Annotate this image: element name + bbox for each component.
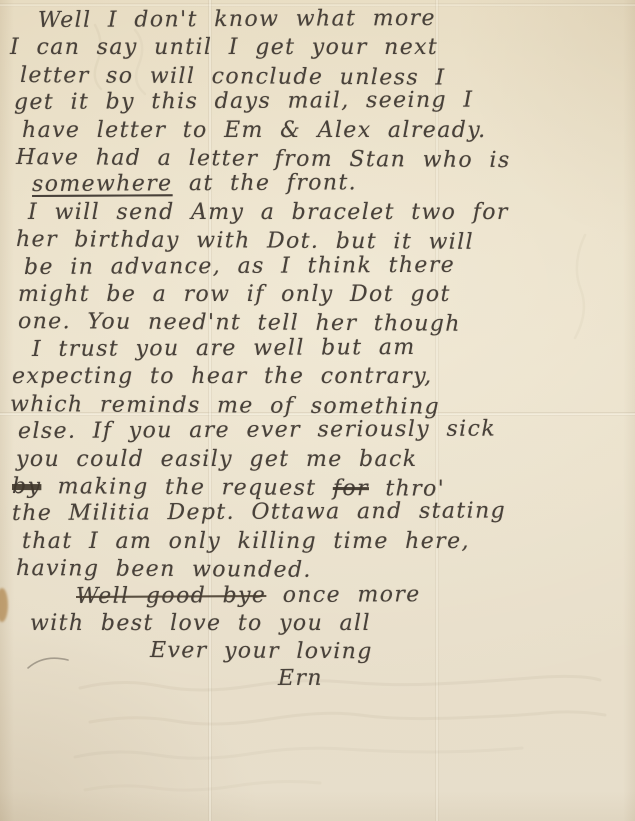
letter-page: Well I don't know what moreI can say unt…	[0, 0, 635, 821]
letter-text: get it by this days mail, seeing I	[14, 88, 474, 115]
letter-line: Well good bye once more	[76, 580, 629, 610]
letter-text: one. You need'nt tell her though	[18, 309, 461, 337]
letter-text-underline: somewhere	[32, 172, 173, 198]
letter-line: have letter to Em & Alex already.	[22, 117, 629, 144]
letter-text: having been wounded.	[16, 556, 312, 583]
letter-text: might be a row if only Dot got	[18, 282, 451, 307]
ghost-line	[85, 782, 320, 791]
letter-line: I will send Amy a bracelet two for	[28, 199, 629, 226]
letter-text: I trust you are well but am	[32, 335, 416, 362]
letter-text: be in advance, as I think there	[24, 252, 455, 279]
letter-text: at the front.	[173, 171, 358, 197]
letter-text: with best love to you all	[30, 611, 371, 636]
letter-text: once more	[266, 582, 421, 608]
letter-text: else. If you are ever seriously sick	[18, 417, 496, 445]
letter-text: expecting to hear the contrary,	[12, 364, 433, 389]
letter-text: Well I don't know what more	[38, 6, 436, 33]
letter-text: I can say until I get your next	[10, 35, 438, 60]
letter-line: might be a row if only Dot got	[18, 281, 629, 308]
letter-text-scribble: by	[12, 474, 41, 499]
letter-body: Well I don't know what moreI can say unt…	[10, 7, 629, 692]
letter-text: I will send Amy a bracelet two for	[28, 200, 509, 225]
letter-line: you could easily get me back	[16, 446, 629, 473]
letter-text: have letter to Em & Alex already.	[22, 118, 487, 143]
letter-line: with best love to you all	[30, 610, 629, 637]
letter-line: Ern	[278, 663, 629, 692]
letter-line: Well I don't know what more	[38, 4, 629, 35]
letter-line: else. If you are ever seriously sick	[18, 415, 629, 446]
letter-text-strike-light: Well good bye	[76, 583, 266, 609]
letter-line: get it by this days mail, seeing I	[14, 86, 629, 117]
letter-text: you could easily get me back	[16, 447, 417, 472]
letter-text: her birthday with Dot. but it will	[16, 227, 474, 255]
letter-line: the Militia Dept. Ottawa and stating	[12, 497, 629, 528]
letter-line: be in advance, as I think there	[24, 250, 629, 281]
ghost-line	[90, 712, 605, 724]
letter-text: Ever your loving	[150, 638, 373, 664]
edge-stain	[0, 588, 8, 622]
letter-line: I can say until I get your next	[10, 34, 629, 61]
letter-line: I trust you are well but am	[32, 333, 629, 364]
letter-text: the Militia Dept. Ottawa and stating	[12, 499, 506, 527]
letter-text: that I am only killing time here,	[22, 529, 470, 554]
letter-line: somewhere at the front.	[32, 168, 629, 199]
letter-line: that I am only killing time here,	[22, 528, 629, 555]
ghost-line	[75, 748, 522, 758]
letter-line: expecting to hear the contrary,	[12, 363, 629, 390]
letter-text: making the request	[41, 474, 333, 501]
letter-text: Ern	[278, 666, 323, 691]
